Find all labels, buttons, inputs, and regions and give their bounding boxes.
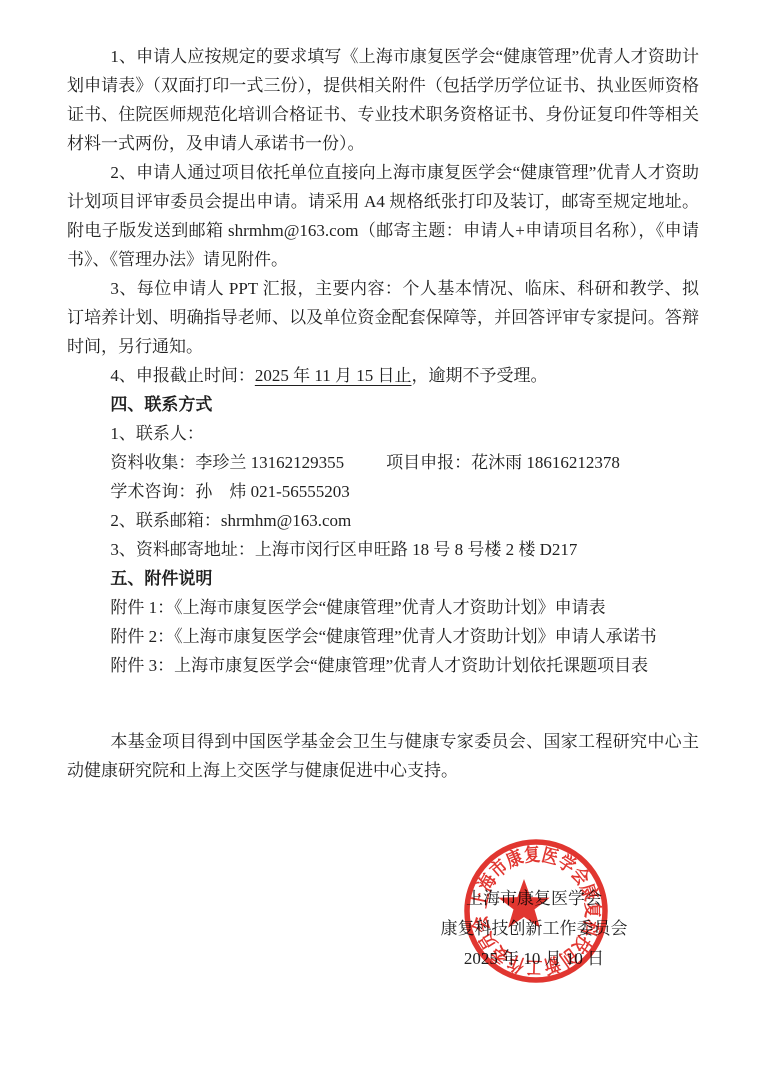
document-page: 1、申请人应按规定的要求填写《上海市康复医学会“健康管理”优青人才资助计划申请表… xyxy=(0,0,766,1082)
contact-address: 3、资料邮寄地址：上海市闵行区申旺路 18 号 8 号楼 2 楼 D217 xyxy=(67,535,699,564)
star-icon xyxy=(498,879,549,928)
paragraph-deadline: 4、申报截止时间：2025 年 11 月 15 日止，逾期不予受理。 xyxy=(67,361,699,390)
attachment-3: 附件 3：上海市康复医学会“健康管理”优青人才资助计划依托课题项目表 xyxy=(67,651,699,680)
contact-apply: 项目申报：花沐雨 18616212378 xyxy=(386,453,620,472)
section-heading-attachments: 五、附件说明 xyxy=(67,564,699,593)
section-heading-contact: 四、联系方式 xyxy=(67,390,699,419)
deadline-label: 4、申报截止时间： xyxy=(110,366,255,385)
deadline-date: 2025 年 11 月 15 日止 xyxy=(255,366,412,385)
deadline-suffix: ，逾期不予受理。 xyxy=(411,366,547,385)
paragraph-ppt-report: 3、每位申请人 PPT 汇报，主要内容：个人基本情况、临床、科研和教学、拟订培养… xyxy=(67,274,699,361)
contact-consult: 学术咨询：孙 炜 021-56555203 xyxy=(67,477,699,506)
attachment-1: 附件 1：《上海市康复医学会“健康管理”优青人才资助计划》申请表 xyxy=(67,593,699,622)
contact-email: 2、联系邮箱：shrmhm@163.com xyxy=(67,506,699,535)
paragraph-application-form: 1、申请人应按规定的要求填写《上海市康复医学会“健康管理”优青人才资助计划申请表… xyxy=(67,42,699,158)
closing-statement: 本基金项目得到中国医学基金会卫生与健康专家委员会、国家工程研究中心主动健康研究院… xyxy=(67,727,699,785)
document-body: 1、申请人应按规定的要求填写《上海市康复医学会“健康管理”优青人才资助计划申请表… xyxy=(67,42,699,785)
contact-collect: 资料收集：李珍兰 13162129355 xyxy=(110,453,344,472)
contact-line-collect-apply: 资料收集：李珍兰 13162129355项目申报：花沐雨 18616212378 xyxy=(67,448,699,477)
contact-person-label: 1、联系人： xyxy=(67,419,699,448)
paragraph-submission-method: 2、申请人通过项目依托单位直接向上海市康复医学会“健康管理”优青人才资助计划项目… xyxy=(67,158,699,274)
official-seal-stamp: 上海市康复医学会康复科技创新工作委员会 xyxy=(461,836,611,986)
attachment-2: 附件 2：《上海市康复医学会“健康管理”优青人才资助计划》申请人承诺书 xyxy=(67,622,699,651)
